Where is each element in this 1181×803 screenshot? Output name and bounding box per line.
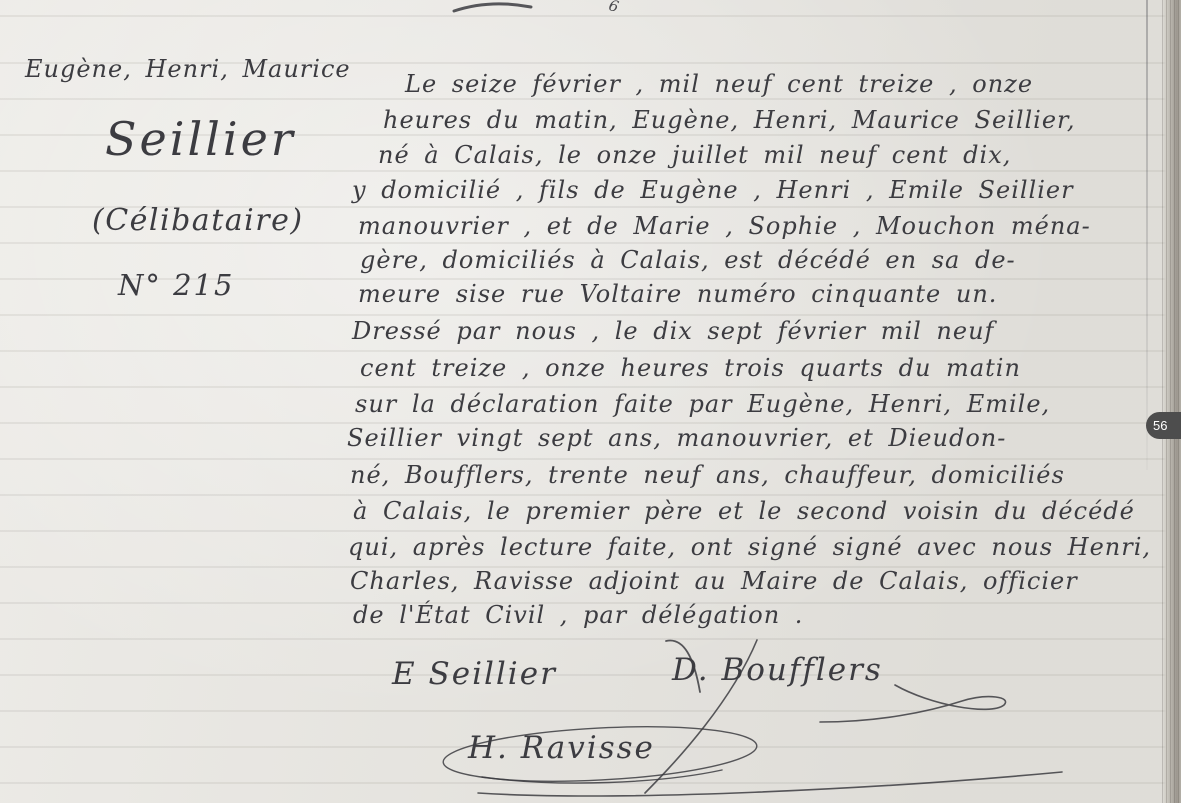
act-text-line: Le seize février , mil neuf cent treize …: [405, 70, 1033, 98]
page-edge-strip: [1162, 0, 1181, 803]
page-marker-tab[interactable]: 56: [1146, 412, 1181, 439]
act-text-line: de l'État Civil , par délégation .: [353, 601, 803, 629]
margin-act-number: N° 215: [118, 268, 234, 302]
act-text-line: qui, après lecture faite, ont signé sign…: [348, 533, 1151, 561]
act-text-line: Dressé par nous , le dix sept février mi…: [352, 317, 994, 345]
act-text-line: gère, domiciliés à Calais, est décédé en…: [360, 246, 1016, 274]
margin-rule-line: [1146, 0, 1148, 470]
signature-ravisse: H. Ravisse: [468, 730, 655, 766]
ravisse-underline-long: [478, 772, 1062, 796]
act-text-line: manouvrier , et de Marie , Sophie , Mouc…: [358, 212, 1091, 240]
signature-seillier: E Seillier: [392, 656, 557, 692]
ravisse-underline-short: [482, 770, 722, 783]
act-text-line: né, Boufflers, trente neuf ans, chauffeu…: [350, 461, 1065, 489]
act-text-line: sur la déclaration faite par Eugène, Hen…: [355, 390, 1050, 418]
act-text-line: meure sise rue Voltaire numéro cinquante…: [358, 280, 997, 308]
margin-given-names: Eugène, Henri, Maurice: [25, 55, 351, 83]
act-text-line: y domicilié , fils de Eugène , Henri , E…: [352, 176, 1074, 204]
ink-mark-numeral: 6: [607, 0, 621, 16]
act-text-line: heures du matin, Eugène, Henri, Maurice …: [383, 106, 1076, 134]
boufflers-tail-flourish: [820, 685, 1006, 722]
top-ink-swash: [454, 4, 531, 11]
register-page: 6 Eugène, Henri, Maurice Seillier (Célib…: [0, 0, 1181, 803]
act-text-line: cent treize , onze heures trois quarts d…: [360, 354, 1021, 382]
page-number: 56: [1153, 418, 1167, 433]
act-text-line: Seillier vingt sept ans, manouvrier, et …: [347, 424, 1006, 452]
act-text-line: à Calais, le premier père et le second v…: [353, 497, 1135, 525]
act-text-line: né à Calais, le onze juillet mil neuf ce…: [378, 141, 1011, 169]
margin-surname: Seillier: [105, 112, 296, 166]
act-text-line: Charles, Ravisse adjoint au Maire de Cal…: [350, 567, 1078, 595]
signature-boufflers: D. Boufflers: [672, 652, 883, 688]
margin-marital-status: (Célibataire): [92, 203, 304, 238]
